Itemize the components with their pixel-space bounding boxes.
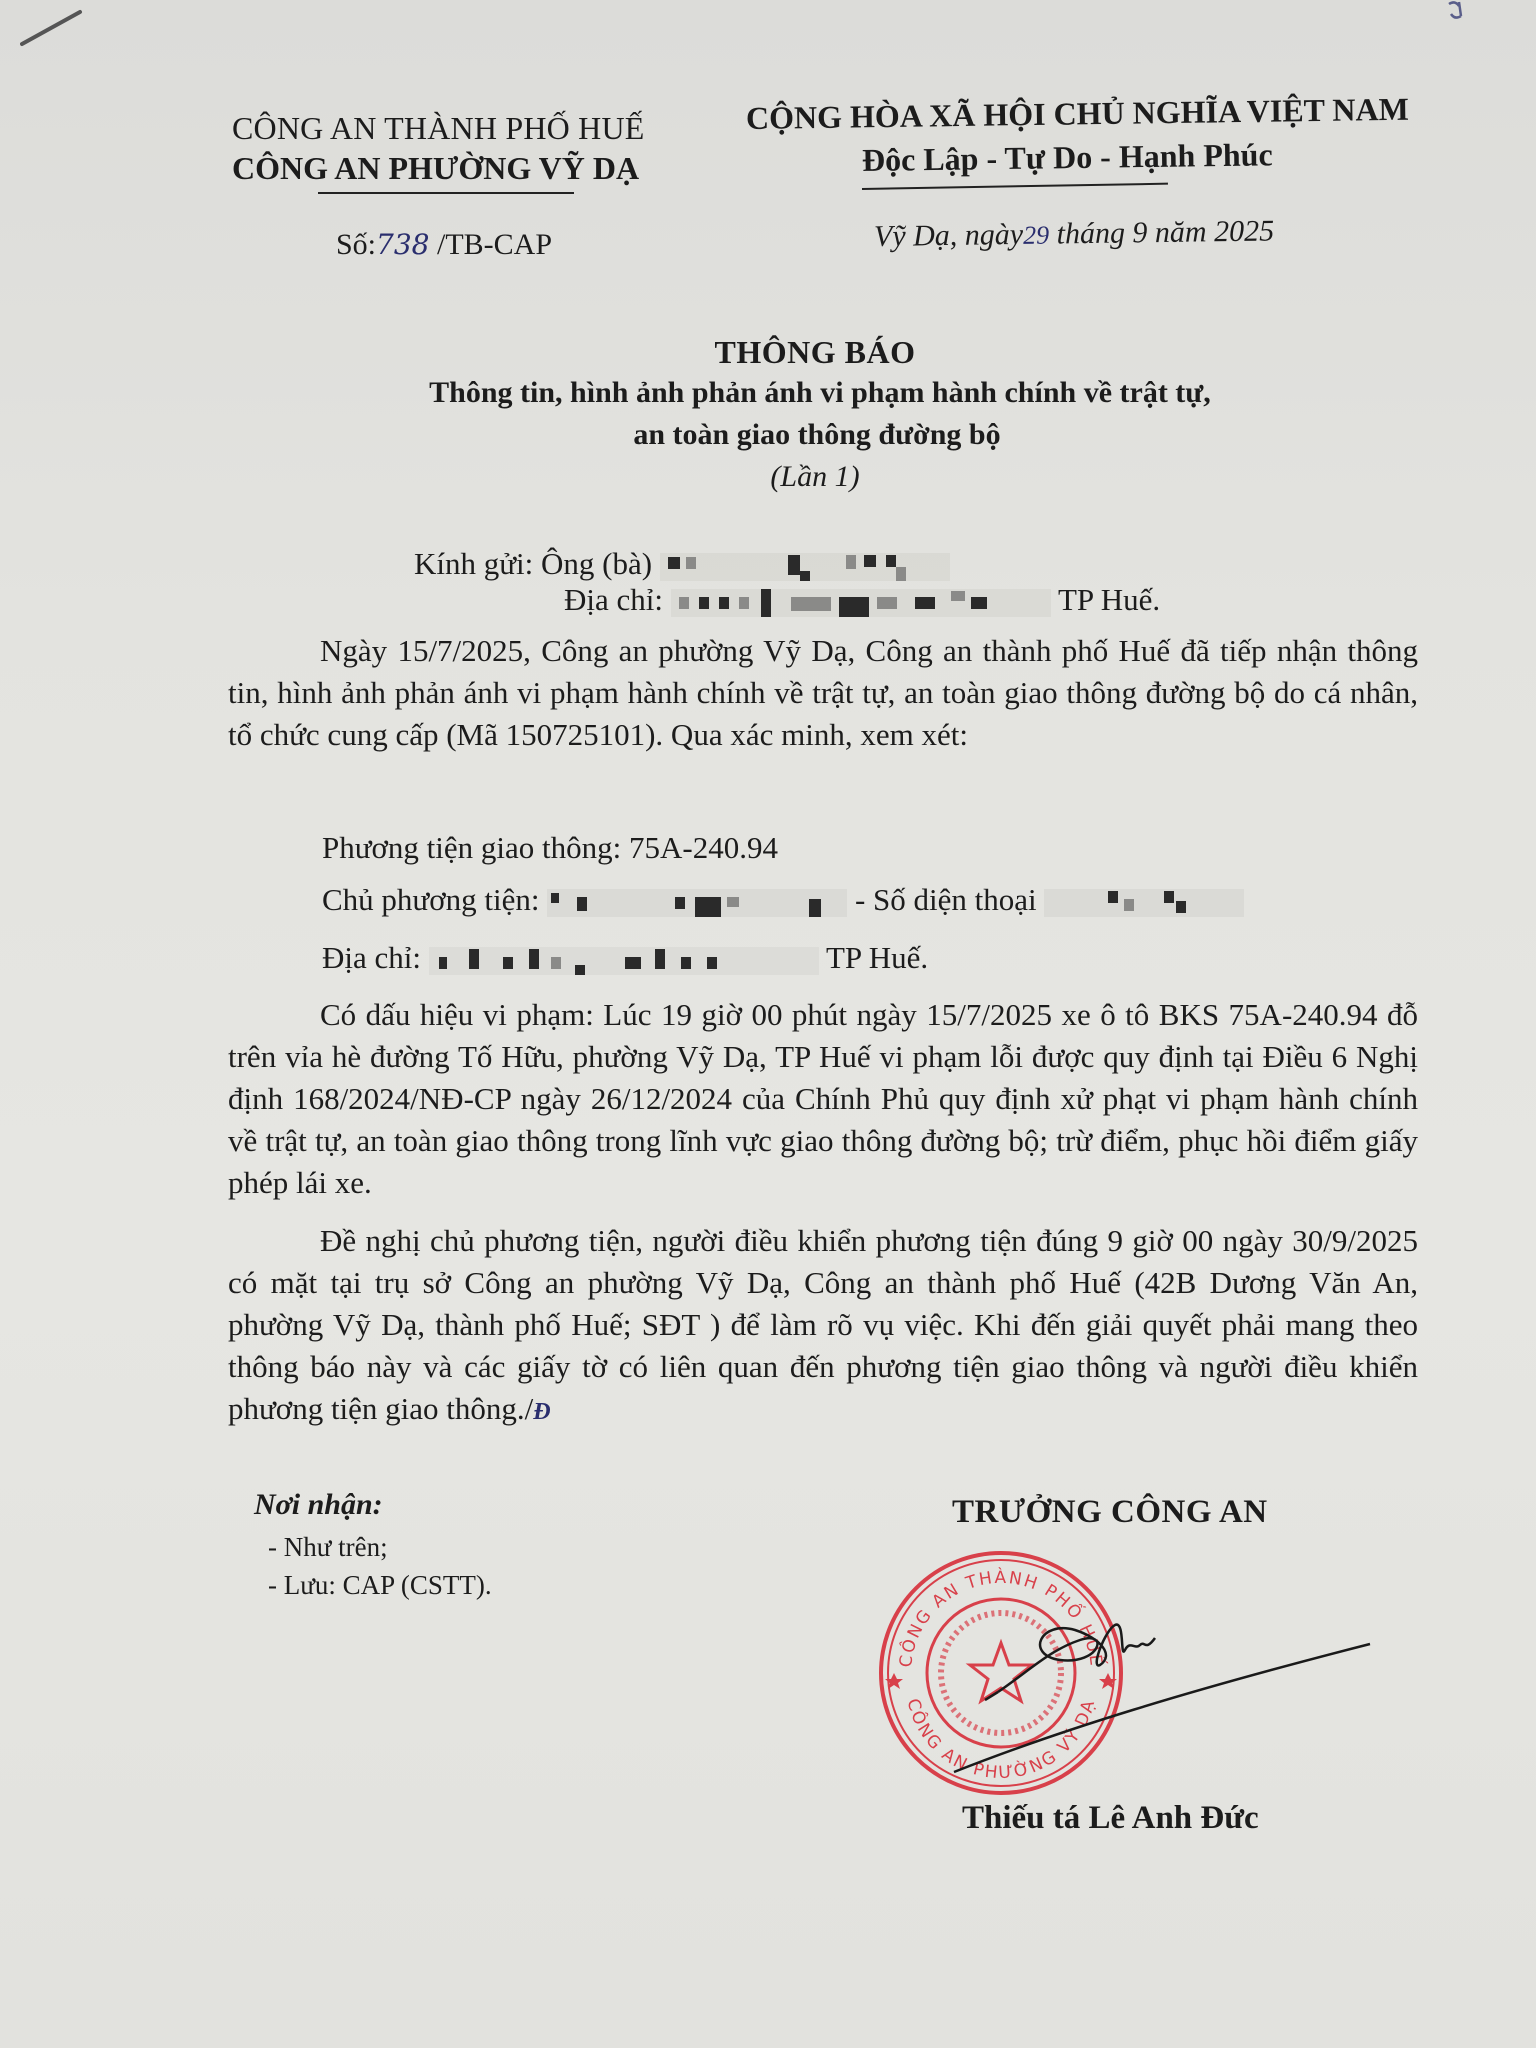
number-suffix: /TB-CAP	[429, 228, 552, 261]
document-subtitle-line2: an toàn giao thông đường bộ	[0, 418, 1536, 452]
body-paragraph-1: Ngày 15/7/2025, Công an phường Vỹ Dạ, Cô…	[228, 630, 1418, 756]
owner-label: Chủ phương tiện:	[322, 882, 539, 917]
handwritten-initials: Đ	[533, 1399, 550, 1425]
document-number: Số:738 /TB-CAP	[336, 228, 552, 262]
notice-iteration: (Lần 1)	[0, 460, 1536, 494]
document-title: THÔNG BÁO	[0, 334, 1536, 371]
document-subtitle-line1: Thông tin, hình ảnh phản ánh vi phạm hàn…	[0, 376, 1536, 410]
redacted-owner-name	[547, 889, 847, 917]
number-prefix: Số:	[336, 228, 376, 261]
request-text: Đề nghị chủ phương tiện, người điều khiể…	[228, 1223, 1418, 1426]
agency-name: CÔNG AN PHƯỜNG VỸ DẠ	[232, 150, 639, 187]
number-handwritten: 738	[376, 228, 429, 261]
owner-address-city: TP Huế.	[826, 940, 928, 975]
address-label: Địa chỉ:	[564, 582, 663, 617]
owner-address-label: Địa chỉ:	[322, 940, 421, 975]
vehicle-label: Phương tiện giao thông:	[322, 830, 621, 865]
phone-label: - Số diện thoại	[855, 882, 1037, 917]
address-city: TP Huế.	[1058, 582, 1160, 617]
agency-underline	[318, 192, 574, 194]
owner-address-line: Địa chỉ: TP Huế.	[322, 940, 928, 976]
addressee-address-line: Địa chỉ: TP Huế.	[564, 582, 1160, 618]
redacted-owner-address	[429, 947, 819, 975]
corner-handwriting-mark	[1445, 0, 1475, 22]
recipient-item: - Như trên;	[268, 1532, 388, 1563]
recipient-item: - Lưu: CAP (CSTT).	[268, 1570, 492, 1601]
body-paragraph-request: Đề nghị chủ phương tiện, người điều khiể…	[228, 1220, 1418, 1433]
date-suffix: tháng 9 năm 2025	[1049, 214, 1274, 250]
addressee-line: Kính gửi: Ông (bà)	[414, 546, 950, 582]
redacted-addressee-address	[671, 589, 1051, 617]
signer-title: TRƯỞNG CÔNG AN	[952, 1494, 1268, 1531]
date-day-handwritten: 29	[1023, 221, 1049, 250]
recipients-label: Nơi nhận:	[254, 1488, 383, 1522]
redacted-addressee-name	[660, 553, 950, 581]
document-date: Vỹ Dạ, ngày29 tháng 9 năm 2025	[874, 214, 1275, 254]
national-motto: Độc Lập - Tự Do - Hạnh Phúc	[862, 136, 1273, 179]
vehicle-plate: 75A-240.94	[629, 830, 778, 865]
owner-line: Chủ phương tiện: - Số diện thoại	[322, 882, 1244, 918]
body-paragraph-violation: Có dấu hiệu vi phạm: Lúc 19 giờ 00 phút …	[228, 994, 1418, 1204]
agency-parent: CÔNG AN THÀNH PHỐ HUẾ	[232, 110, 645, 147]
vehicle-line: Phương tiện giao thông: 75A-240.94	[322, 830, 778, 866]
signer-name: Thiếu tá Lê Anh Đức	[962, 1800, 1259, 1837]
nation-name: CỘNG HÒA XÃ HỘI CHỦ NGHĨA VIỆT NAM	[746, 91, 1409, 137]
motto-underline	[862, 183, 1168, 190]
addressee-label: Kính gửi: Ông (bà)	[414, 546, 652, 581]
date-prefix: Vỹ Dạ, ngày	[874, 218, 1024, 253]
handwritten-signature	[940, 1610, 1380, 1790]
pen-stroke-mark	[20, 8, 90, 48]
redacted-phone	[1044, 889, 1244, 917]
